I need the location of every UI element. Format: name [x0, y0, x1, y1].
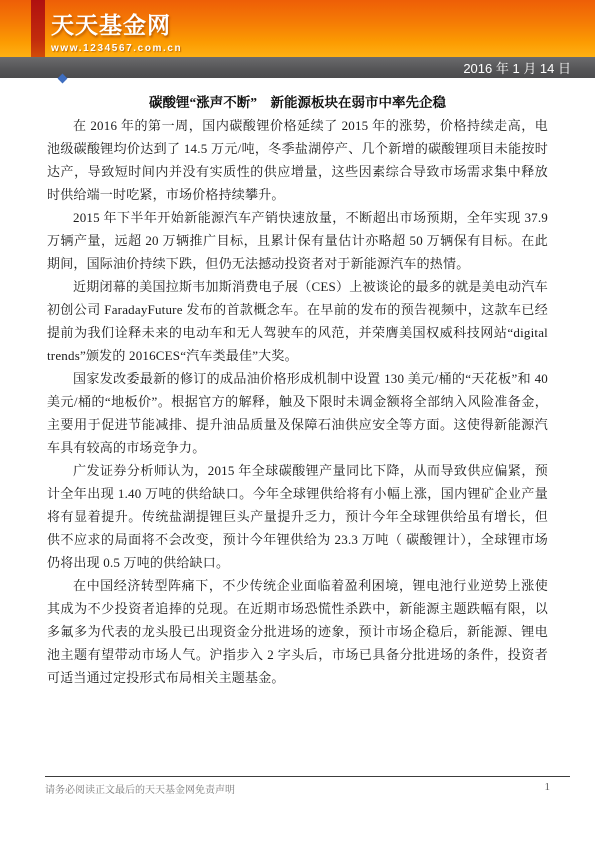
date-text: 2016 年 1 月 14 日 — [463, 58, 571, 77]
footer-disclaimer: 请务必阅读正文最后的天天基金网免责声明 — [45, 781, 235, 796]
site-logo: 天天基金网 www.1234567.com.cn — [51, 7, 182, 54]
article-paragraph: 在 2016 年的第一周，国内碳酸锂价格延续了 2015 年的涨势，价格持续走高… — [47, 114, 548, 206]
article-paragraph: 2015 年下半年开始新能源汽车产销快速放量，不断超出市场预期，全年实现 37.… — [47, 206, 548, 275]
logo-title: 天天基金网 — [51, 7, 182, 40]
article-body: 碳酸锂“涨声不断” 新能源板块在弱市中率先企稳 在 2016 年的第一周，国内碳… — [0, 78, 595, 689]
page-title: 碳酸锂“涨声不断” 新能源板块在弱市中率先企稳 — [47, 91, 548, 114]
article-paragraph: 近期闭幕的美国拉斯韦加斯消费电子展（CES）上被谈论的最多的就是美电动汽车初创公… — [47, 275, 548, 367]
page-footer: 请务必阅读正文最后的天天基金网免责声明 1 — [45, 776, 570, 796]
paragraphs-container: 在 2016 年的第一周，国内碳酸锂价格延续了 2015 年的涨势，价格持续走高… — [47, 114, 548, 689]
logo-url: www.1234567.com.cn — [51, 43, 182, 54]
header-banner: 天天基金网 www.1234567.com.cn — [0, 0, 595, 57]
document-page: 天天基金网 www.1234567.com.cn 2016 年 1 月 14 日… — [0, 0, 595, 842]
article-paragraph: 国家发改委最新的修订的成品油价格形成机制中设置 130 美元/桶的“天花板”和 … — [47, 367, 548, 459]
article-paragraph: 广发证券分析师认为，2015 年全球碳酸锂产量同比下降，从而导致供应偏紧，预计全… — [47, 459, 548, 574]
article-paragraph: 在中国经济转型阵痛下，不少传统企业面临着盈利困境，锂电池行业逆势上涨使其成为不少… — [47, 574, 548, 689]
page-number: 1 — [545, 781, 571, 793]
logo-red-strip — [31, 0, 45, 57]
date-bar: 2016 年 1 月 14 日 — [0, 57, 595, 78]
